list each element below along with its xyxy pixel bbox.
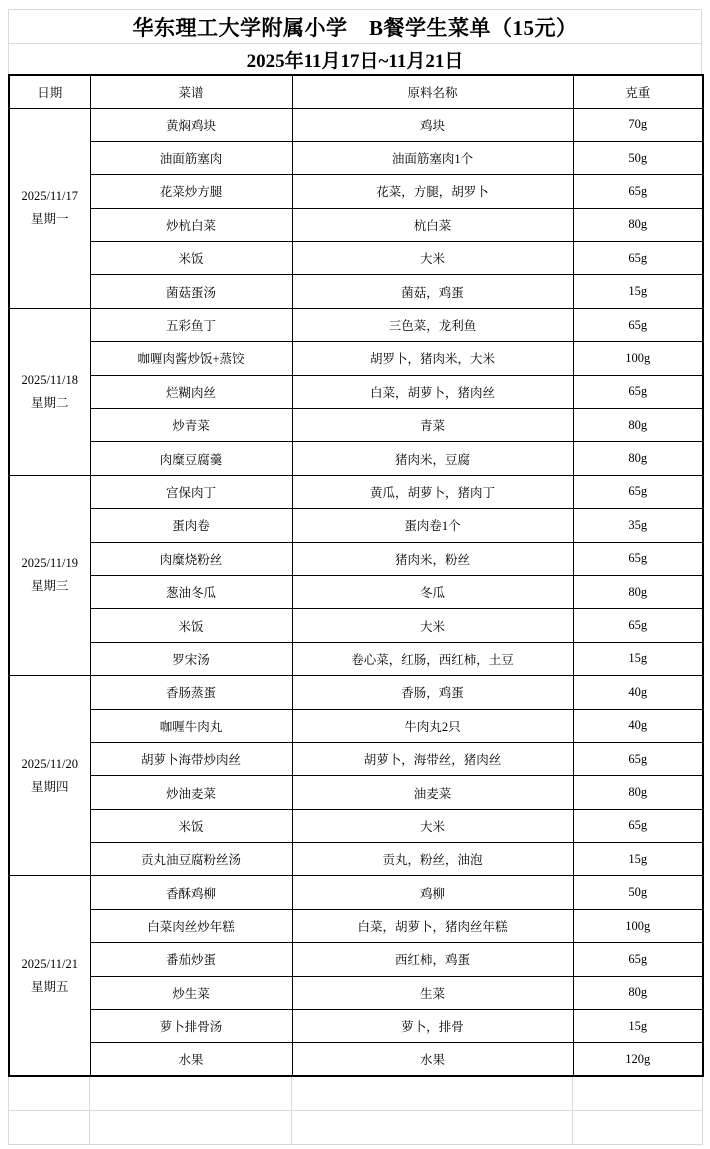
menu-row: 2025/11/20星期四香肠蒸蛋香肠，鸡蛋40g [9, 676, 703, 709]
col-header-date: 日期 [9, 75, 90, 108]
date-cell: 2025/11/17星期一 [9, 108, 90, 308]
date-text: 2025/11/17 [10, 185, 90, 208]
weight-cell: 15g [573, 843, 703, 876]
weight-cell: 80g [573, 442, 703, 475]
ingredients-cell: 生菜 [292, 976, 573, 1009]
ingredients-cell: 贡丸，粉丝，油泡 [292, 843, 573, 876]
menu-row: 肉糜豆腐羹猪肉米，豆腐80g [9, 442, 703, 475]
dish-name-cell: 炒杭白菜 [90, 208, 292, 241]
menu-row: 番茄炒蛋西红柿，鸡蛋65g [9, 943, 703, 976]
weight-cell: 40g [573, 676, 703, 709]
menu-row: 蛋肉卷蛋肉卷1个35g [9, 509, 703, 542]
dish-name-cell: 白菜肉丝炒年糕 [90, 909, 292, 942]
menu-row: 萝卜排骨汤萝卜，排骨15g [9, 1010, 703, 1043]
ingredients-cell: 杭白菜 [292, 208, 573, 241]
weight-cell: 80g [573, 208, 703, 241]
menu-row: 2025/11/17星期一黄焖鸡块鸡块70g [9, 108, 703, 141]
header-row: 日期 菜谱 原料名称 克重 [9, 75, 703, 108]
dish-name-cell: 葱油冬瓜 [90, 575, 292, 608]
menu-row: 2025/11/18星期二五彩鱼丁三色菜，龙利鱼65g [9, 308, 703, 341]
ingredients-cell: 猪肉米，豆腐 [292, 442, 573, 475]
dish-name-cell: 炒生菜 [90, 976, 292, 1009]
dish-name-cell: 五彩鱼丁 [90, 308, 292, 341]
menu-row: 肉糜烧粉丝猪肉米，粉丝65g [9, 542, 703, 575]
date-range-subtitle: 2025年11月17日~11月21日 [9, 44, 701, 74]
weight-cell: 80g [573, 776, 703, 809]
weekday-text: 星期二 [10, 392, 90, 415]
weekday-text: 星期三 [10, 575, 90, 598]
weight-cell: 80g [573, 409, 703, 442]
date-cell: 2025/11/19星期三 [9, 475, 90, 675]
title-block: 华东理工大学附属小学 B餐学生菜单（15元） 2025年11月17日~11月21… [8, 9, 702, 74]
menu-row: 炒杭白菜杭白菜80g [9, 208, 703, 241]
empty-cell [9, 1111, 90, 1145]
date-cell: 2025/11/18星期二 [9, 308, 90, 475]
menu-page: { "title": "华东理工大学附属小学 B餐学生菜单（15元）", "su… [0, 0, 710, 1149]
ingredients-cell: 西红柿，鸡蛋 [292, 943, 573, 976]
date-text: 2025/11/20 [10, 753, 90, 776]
ingredients-cell: 大米 [292, 609, 573, 642]
ingredients-cell: 萝卜，排骨 [292, 1010, 573, 1043]
empty-cell [292, 1111, 573, 1145]
empty-cell [9, 1077, 90, 1111]
weight-cell: 80g [573, 575, 703, 608]
menu-row: 炒青菜青菜80g [9, 409, 703, 442]
weight-cell: 50g [573, 876, 703, 909]
dish-name-cell: 菌菇蛋汤 [90, 275, 292, 308]
dish-name-cell: 炒油麦菜 [90, 776, 292, 809]
menu-row: 米饭大米65g [9, 809, 703, 842]
empty-cell [573, 1077, 703, 1111]
dish-name-cell: 宫保肉丁 [90, 475, 292, 508]
weight-cell: 65g [573, 542, 703, 575]
weight-cell: 65g [573, 475, 703, 508]
dish-name-cell: 肉糜烧粉丝 [90, 542, 292, 575]
weight-cell: 65g [573, 809, 703, 842]
date-cell: 2025/11/21星期五 [9, 876, 90, 1076]
empty-row [9, 1111, 703, 1145]
ingredients-cell: 卷心菜，红肠，西红柿，土豆 [292, 642, 573, 675]
ingredients-cell: 菌菇，鸡蛋 [292, 275, 573, 308]
menu-row: 烂糊肉丝白菜，胡萝卜，猪肉丝65g [9, 375, 703, 408]
menu-row: 油面筋塞肉油面筋塞肉1个50g [9, 141, 703, 174]
weight-cell: 50g [573, 141, 703, 174]
menu-row: 米饭大米65g [9, 609, 703, 642]
dish-name-cell: 咖喱牛肉丸 [90, 709, 292, 742]
dish-name-cell: 咖喱肉酱炒饭+蒸饺 [90, 342, 292, 375]
weight-cell: 15g [573, 275, 703, 308]
ingredients-cell: 冬瓜 [292, 575, 573, 608]
ingredients-cell: 牛肉丸2只 [292, 709, 573, 742]
weight-cell: 65g [573, 242, 703, 275]
ingredients-cell: 水果 [292, 1043, 573, 1076]
weight-cell: 70g [573, 108, 703, 141]
dish-name-cell: 米饭 [90, 242, 292, 275]
dish-name-cell: 罗宋汤 [90, 642, 292, 675]
weight-cell: 65g [573, 609, 703, 642]
ingredients-cell: 白菜，胡萝卜，猪肉丝年糕 [292, 909, 573, 942]
menu-row: 2025/11/21星期五香酥鸡柳鸡柳50g [9, 876, 703, 909]
menu-row: 罗宋汤卷心菜，红肠，西红柿，土豆15g [9, 642, 703, 675]
dish-name-cell: 黄焖鸡块 [90, 108, 292, 141]
weight-cell: 65g [573, 943, 703, 976]
col-header-dish: 菜谱 [90, 75, 292, 108]
col-header-ingredients: 原料名称 [292, 75, 573, 108]
ingredients-cell: 大米 [292, 242, 573, 275]
empty-cell [90, 1077, 292, 1111]
date-text: 2025/11/19 [10, 552, 90, 575]
dish-name-cell: 香酥鸡柳 [90, 876, 292, 909]
ingredients-cell: 黄瓜，胡萝卜，猪肉丁 [292, 475, 573, 508]
menu-row: 胡萝卜海带炒肉丝胡萝卜，海带丝，猪肉丝65g [9, 742, 703, 775]
empty-cell [90, 1111, 292, 1145]
weight-cell: 65g [573, 175, 703, 208]
menu-table: 日期 菜谱 原料名称 克重 2025/11/17星期一黄焖鸡块鸡块70g油面筋塞… [8, 74, 704, 1077]
date-text: 2025/11/21 [10, 953, 90, 976]
menu-row: 水果水果120g [9, 1043, 703, 1076]
menu-row: 炒油麦菜油麦菜80g [9, 776, 703, 809]
dish-name-cell: 炒青菜 [90, 409, 292, 442]
weekday-text: 星期五 [10, 976, 90, 999]
dish-name-cell: 米饭 [90, 609, 292, 642]
ingredients-cell: 香肠，鸡蛋 [292, 676, 573, 709]
menu-row: 葱油冬瓜冬瓜80g [9, 575, 703, 608]
empty-row [9, 1077, 703, 1111]
weight-cell: 65g [573, 742, 703, 775]
page-title: 华东理工大学附属小学 B餐学生菜单（15元） [9, 10, 701, 44]
ingredients-cell: 鸡块 [292, 108, 573, 141]
empty-grid [8, 1077, 703, 1145]
dish-name-cell: 烂糊肉丝 [90, 375, 292, 408]
ingredients-cell: 三色菜，龙利鱼 [292, 308, 573, 341]
ingredients-cell: 鸡柳 [292, 876, 573, 909]
ingredients-cell: 油面筋塞肉1个 [292, 141, 573, 174]
ingredients-cell: 油麦菜 [292, 776, 573, 809]
date-cell: 2025/11/20星期四 [9, 676, 90, 876]
menu-row: 咖喱牛肉丸牛肉丸2只40g [9, 709, 703, 742]
dish-name-cell: 肉糜豆腐羹 [90, 442, 292, 475]
weight-cell: 35g [573, 509, 703, 542]
ingredients-cell: 白菜，胡萝卜，猪肉丝 [292, 375, 573, 408]
menu-row: 白菜肉丝炒年糕白菜，胡萝卜，猪肉丝年糕100g [9, 909, 703, 942]
menu-row: 贡丸油豆腐粉丝汤贡丸，粉丝，油泡15g [9, 843, 703, 876]
menu-row: 2025/11/19星期三宫保肉丁黄瓜，胡萝卜，猪肉丁65g [9, 475, 703, 508]
menu-row: 炒生菜生菜80g [9, 976, 703, 1009]
dish-name-cell: 油面筋塞肉 [90, 141, 292, 174]
dish-name-cell: 贡丸油豆腐粉丝汤 [90, 843, 292, 876]
menu-row: 咖喱肉酱炒饭+蒸饺胡罗卜，猪肉米，大米100g [9, 342, 703, 375]
ingredients-cell: 蛋肉卷1个 [292, 509, 573, 542]
dish-name-cell: 花菜炒方腿 [90, 175, 292, 208]
ingredients-cell: 胡罗卜，猪肉米，大米 [292, 342, 573, 375]
dish-name-cell: 香肠蒸蛋 [90, 676, 292, 709]
dish-name-cell: 胡萝卜海带炒肉丝 [90, 742, 292, 775]
weekday-text: 星期一 [10, 208, 90, 231]
ingredients-cell: 花菜，方腿，胡罗卜 [292, 175, 573, 208]
weight-cell: 100g [573, 342, 703, 375]
dish-name-cell: 水果 [90, 1043, 292, 1076]
menu-sheet: 华东理工大学附属小学 B餐学生菜单（15元） 2025年11月17日~11月21… [8, 9, 702, 1145]
empty-cell [292, 1077, 573, 1111]
weight-cell: 15g [573, 642, 703, 675]
empty-cell [573, 1111, 703, 1145]
menu-row: 花菜炒方腿花菜，方腿，胡罗卜65g [9, 175, 703, 208]
date-text: 2025/11/18 [10, 369, 90, 392]
menu-row: 菌菇蛋汤菌菇，鸡蛋15g [9, 275, 703, 308]
dish-name-cell: 米饭 [90, 809, 292, 842]
ingredients-cell: 胡萝卜，海带丝，猪肉丝 [292, 742, 573, 775]
weight-cell: 65g [573, 375, 703, 408]
dish-name-cell: 番茄炒蛋 [90, 943, 292, 976]
weight-cell: 40g [573, 709, 703, 742]
menu-row: 米饭大米65g [9, 242, 703, 275]
dish-name-cell: 蛋肉卷 [90, 509, 292, 542]
weekday-text: 星期四 [10, 776, 90, 799]
ingredients-cell: 猪肉米，粉丝 [292, 542, 573, 575]
col-header-weight: 克重 [573, 75, 703, 108]
dish-name-cell: 萝卜排骨汤 [90, 1010, 292, 1043]
weight-cell: 15g [573, 1010, 703, 1043]
ingredients-cell: 青菜 [292, 409, 573, 442]
weight-cell: 120g [573, 1043, 703, 1076]
weight-cell: 100g [573, 909, 703, 942]
weight-cell: 80g [573, 976, 703, 1009]
ingredients-cell: 大米 [292, 809, 573, 842]
weight-cell: 65g [573, 308, 703, 341]
